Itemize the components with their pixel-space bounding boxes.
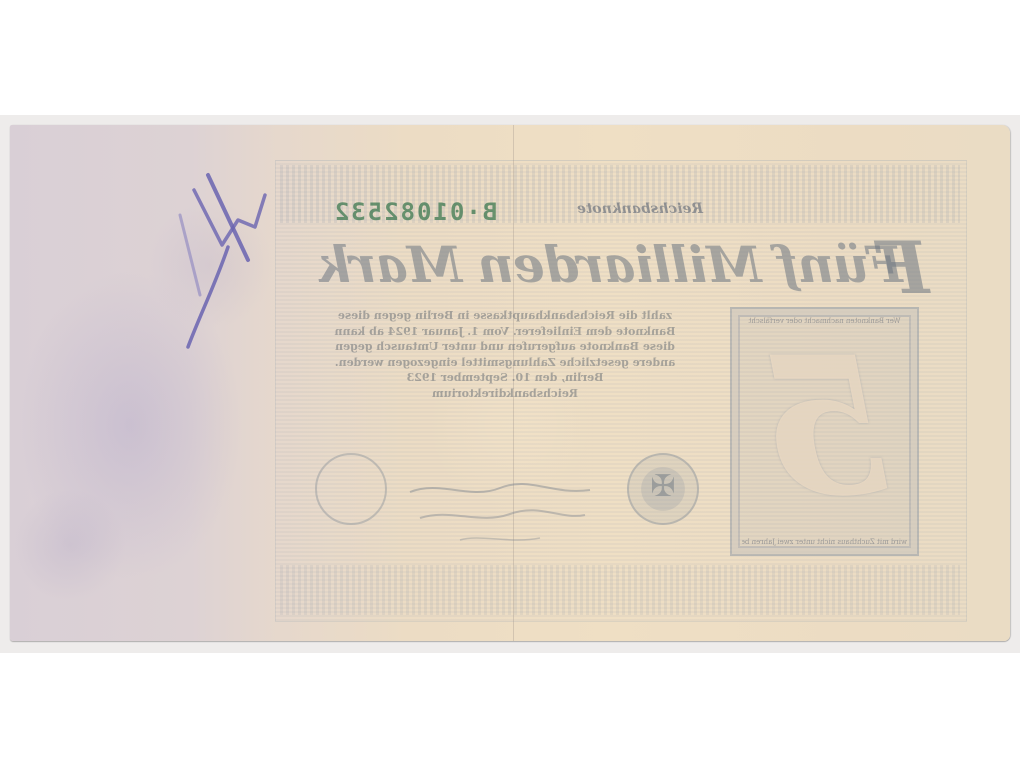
issuer-label: Reichsbanknote: [570, 201, 710, 217]
text-line: Banknote dem Einlieferer. Vom 1. Januar …: [295, 324, 715, 340]
numeral-five: 5: [732, 327, 917, 527]
signatures: [400, 470, 600, 550]
ornamental-initial: F: [878, 225, 929, 310]
eagle-seal-icon: [627, 453, 699, 525]
frame-caption-bottom: wird mit Zuchthaus nicht unter zwei Jahr…: [742, 538, 907, 546]
denomination-text: Fünf Milliarden Mark: [290, 235, 930, 294]
text-line: andere gesetzliche Zahlungsmittel eingez…: [295, 355, 715, 371]
serial-number: B·01082532: [290, 198, 540, 226]
authority-line: Reichsbankdirektorium: [295, 386, 715, 402]
guilloche-band-bottom: [280, 565, 960, 615]
text-line: diese Banknote aufgerufen und unter Umta…: [295, 339, 715, 355]
text-line: zahlt die Reichsbankhauptkasse in Berlin…: [295, 308, 715, 324]
banknote: B·01082532 Reichsbanknote Fünf Milliarde…: [10, 125, 1010, 641]
pencil-mark-icon: [170, 155, 270, 355]
seal-left: [315, 453, 387, 525]
promissory-text: zahlt die Reichsbankhauptkasse in Berlin…: [295, 308, 715, 401]
date-line: Berlin, den 10. September 1923: [295, 370, 715, 386]
denomination-frame: Wer Banknoten nachmacht oder verfälscht …: [730, 307, 919, 556]
